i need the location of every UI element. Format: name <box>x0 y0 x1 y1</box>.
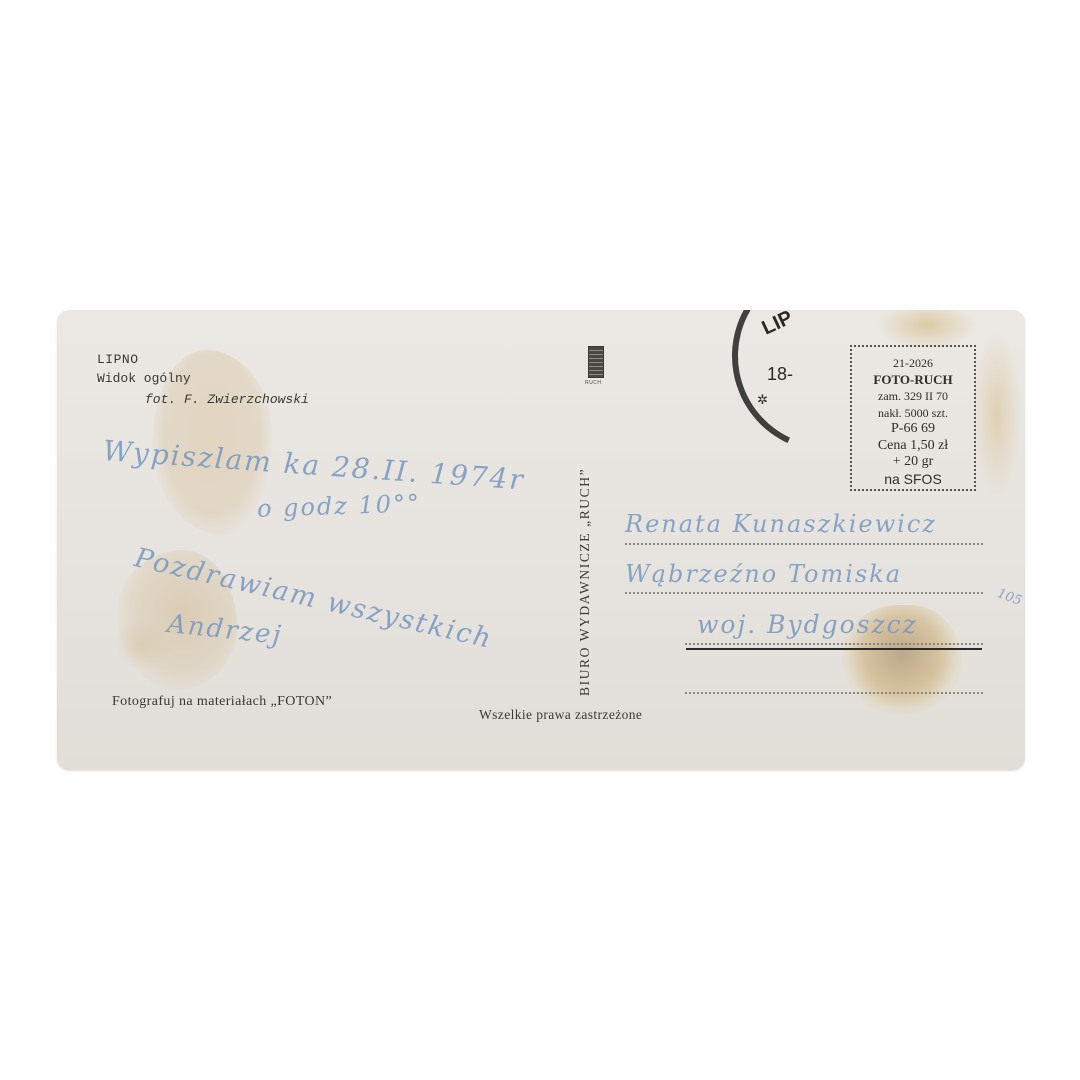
print-surcharge: + 20 gr <box>852 454 974 471</box>
handwritten-message-line: Wypiszlam ka 28.II. 1974r <box>102 434 526 496</box>
caption-view: Widok ogólny <box>97 371 191 386</box>
handwritten-address-line: Wąbrzeźno Tomiska <box>625 560 902 588</box>
handwritten-postal-note: 105 <box>995 586 1023 609</box>
print-code: 21-2026 <box>852 355 974 372</box>
print-order: zam. 329 II 70 <box>852 388 974 405</box>
handwritten-signature: Andrzej <box>166 609 284 651</box>
caption-photographer: fot. F. Zwierzchowski <box>145 392 309 407</box>
handwritten-address-line: woj. Bydgoszcz <box>697 610 918 639</box>
address-underline <box>686 648 982 650</box>
caption-place: LIPNO <box>97 352 139 367</box>
print-plate: P-66 69 <box>852 421 974 438</box>
handwritten-address-line: Renata Kunaszkiewicz <box>625 510 937 538</box>
slogan-text: Fotografuj na materiałach „FOTON” <box>112 694 332 710</box>
stain <box>972 330 1022 500</box>
address-line <box>625 592 983 594</box>
ruch-logo-caption: RUCH <box>585 380 601 386</box>
print-price: Cena 1,50 zł <box>852 438 974 455</box>
rights-text: Wszelkie prawa zastrzeżone <box>479 707 642 723</box>
stain <box>112 620 172 670</box>
print-fund: na SFOS <box>852 471 974 488</box>
address-line <box>625 543 983 545</box>
publisher-vertical-text: BIURO WYDAWNICZE „RUCH” <box>577 468 593 696</box>
ruch-logo-icon <box>588 346 604 378</box>
postmark-star-icon: ✲ <box>757 392 768 408</box>
print-publisher: FOTO-RUCH <box>852 372 974 389</box>
stamp-box: 21-2026 FOTO-RUCH zam. 329 II 70 nakł. 5… <box>850 345 976 491</box>
print-run: nakł. 5000 szt. <box>852 405 974 422</box>
handwritten-message-line: o godz 10°° <box>257 489 422 523</box>
postcard-back: LIPNO Widok ogólny fot. F. Zwierzchowski… <box>57 310 1025 770</box>
postmark-date: 18- <box>767 364 793 385</box>
address-line <box>685 643 983 645</box>
address-line <box>685 692 983 694</box>
